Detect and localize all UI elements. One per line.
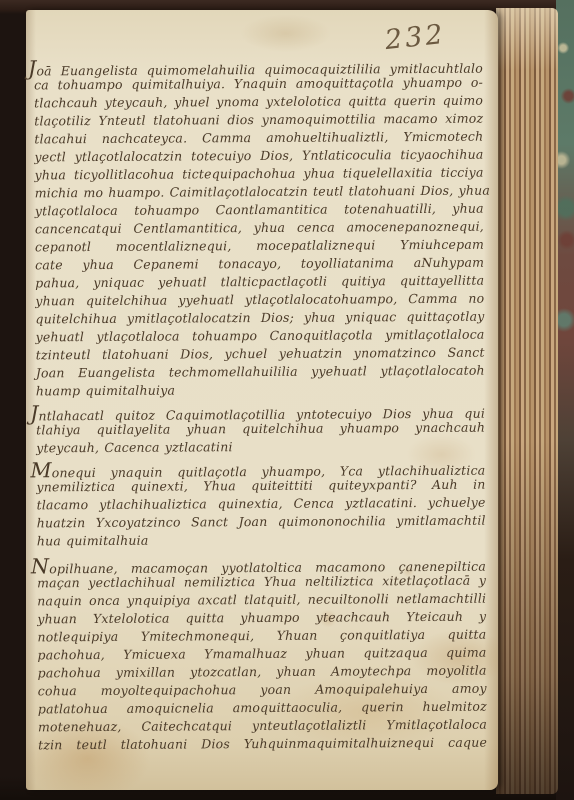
- manuscript-line: tlahiya quitlayelita yhuan quitelchihua …: [36, 419, 485, 440]
- page-number: 232: [384, 19, 447, 56]
- manuscript-line: hua quimitalhuia: [37, 530, 486, 551]
- manuscript-line: tzin teutl tlatohuani Dios Yuhquinmaquim…: [38, 734, 487, 755]
- photo-background: 232 Joā Euangelista quimomelahuilia quim…: [0, 0, 574, 800]
- manuscript-line: huamp quimitalhuiya: [36, 380, 485, 401]
- manuscript-line: huatzin Yxcoyatzinco Sanct Joan quimonon…: [37, 512, 486, 533]
- book-fore-edge: [496, 8, 558, 794]
- marbled-endpaper: [556, 0, 574, 800]
- manuscript-page: 232 Joā Euangelista quimomelahuilia quim…: [26, 10, 498, 790]
- manuscript-line: Joan Euangelista techmomellahuililia yye…: [36, 362, 485, 383]
- manuscript-text: Joā Euangelista quimomelahuilia quimocaq…: [34, 56, 487, 755]
- manuscript-line: yteycauh, Cacenca yztlacatini: [36, 437, 485, 458]
